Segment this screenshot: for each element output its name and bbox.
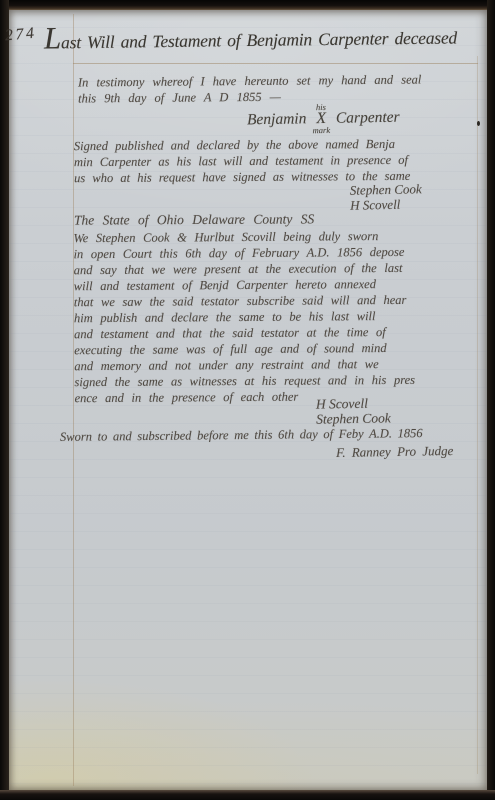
testator-last-name: Carpenter xyxy=(336,108,400,127)
photo-frame-left xyxy=(0,0,9,800)
judge-signature: F. Ranney Pro Judge xyxy=(336,443,454,461)
witness-signature: H Scovell xyxy=(316,395,391,412)
x-mark: X xyxy=(316,111,326,125)
header-rule xyxy=(73,63,478,64)
probate-deposition-paragraph: We Stephen Cook & Hurlbut Scovill being … xyxy=(73,228,415,406)
testator-first-name: Benjamin xyxy=(247,110,307,129)
record-book-photo: 274 Last Will and Testament of Benjamin … xyxy=(0,0,495,800)
attestation-paragraph: Signed published and declared by the abo… xyxy=(74,136,411,187)
witness-signature: H Scovell xyxy=(350,197,422,213)
page-title: Last Will and Testament of Benjamin Carp… xyxy=(44,17,457,58)
photo-frame-top xyxy=(0,0,495,10)
deposition-witness-signatures: H Scovell Stephen Cook xyxy=(316,395,391,427)
page-number: 274 xyxy=(4,25,37,46)
his-mark-stack: his X mark xyxy=(312,103,330,134)
witness-signature: Stephen Cook xyxy=(350,182,422,198)
attestation-witness-signatures: Stephen Cook H Scovell xyxy=(350,182,422,212)
witness-signature: Stephen Cook xyxy=(316,411,391,428)
testator-signature: Benjamin his X mark Carpenter xyxy=(247,102,400,136)
deposition-line: signed the same as witnesses at his requ… xyxy=(74,372,415,390)
photo-frame-right xyxy=(487,0,495,800)
photo-frame-bottom xyxy=(0,790,495,800)
venue-heading: The State of Ohio Delaware County SS xyxy=(74,211,314,228)
mark-label-mark: mark xyxy=(313,125,331,134)
right-margin-rule xyxy=(477,56,478,774)
testimony-line: In testimony whereof I have hereunto set… xyxy=(78,73,422,91)
ink-speck xyxy=(477,121,480,126)
